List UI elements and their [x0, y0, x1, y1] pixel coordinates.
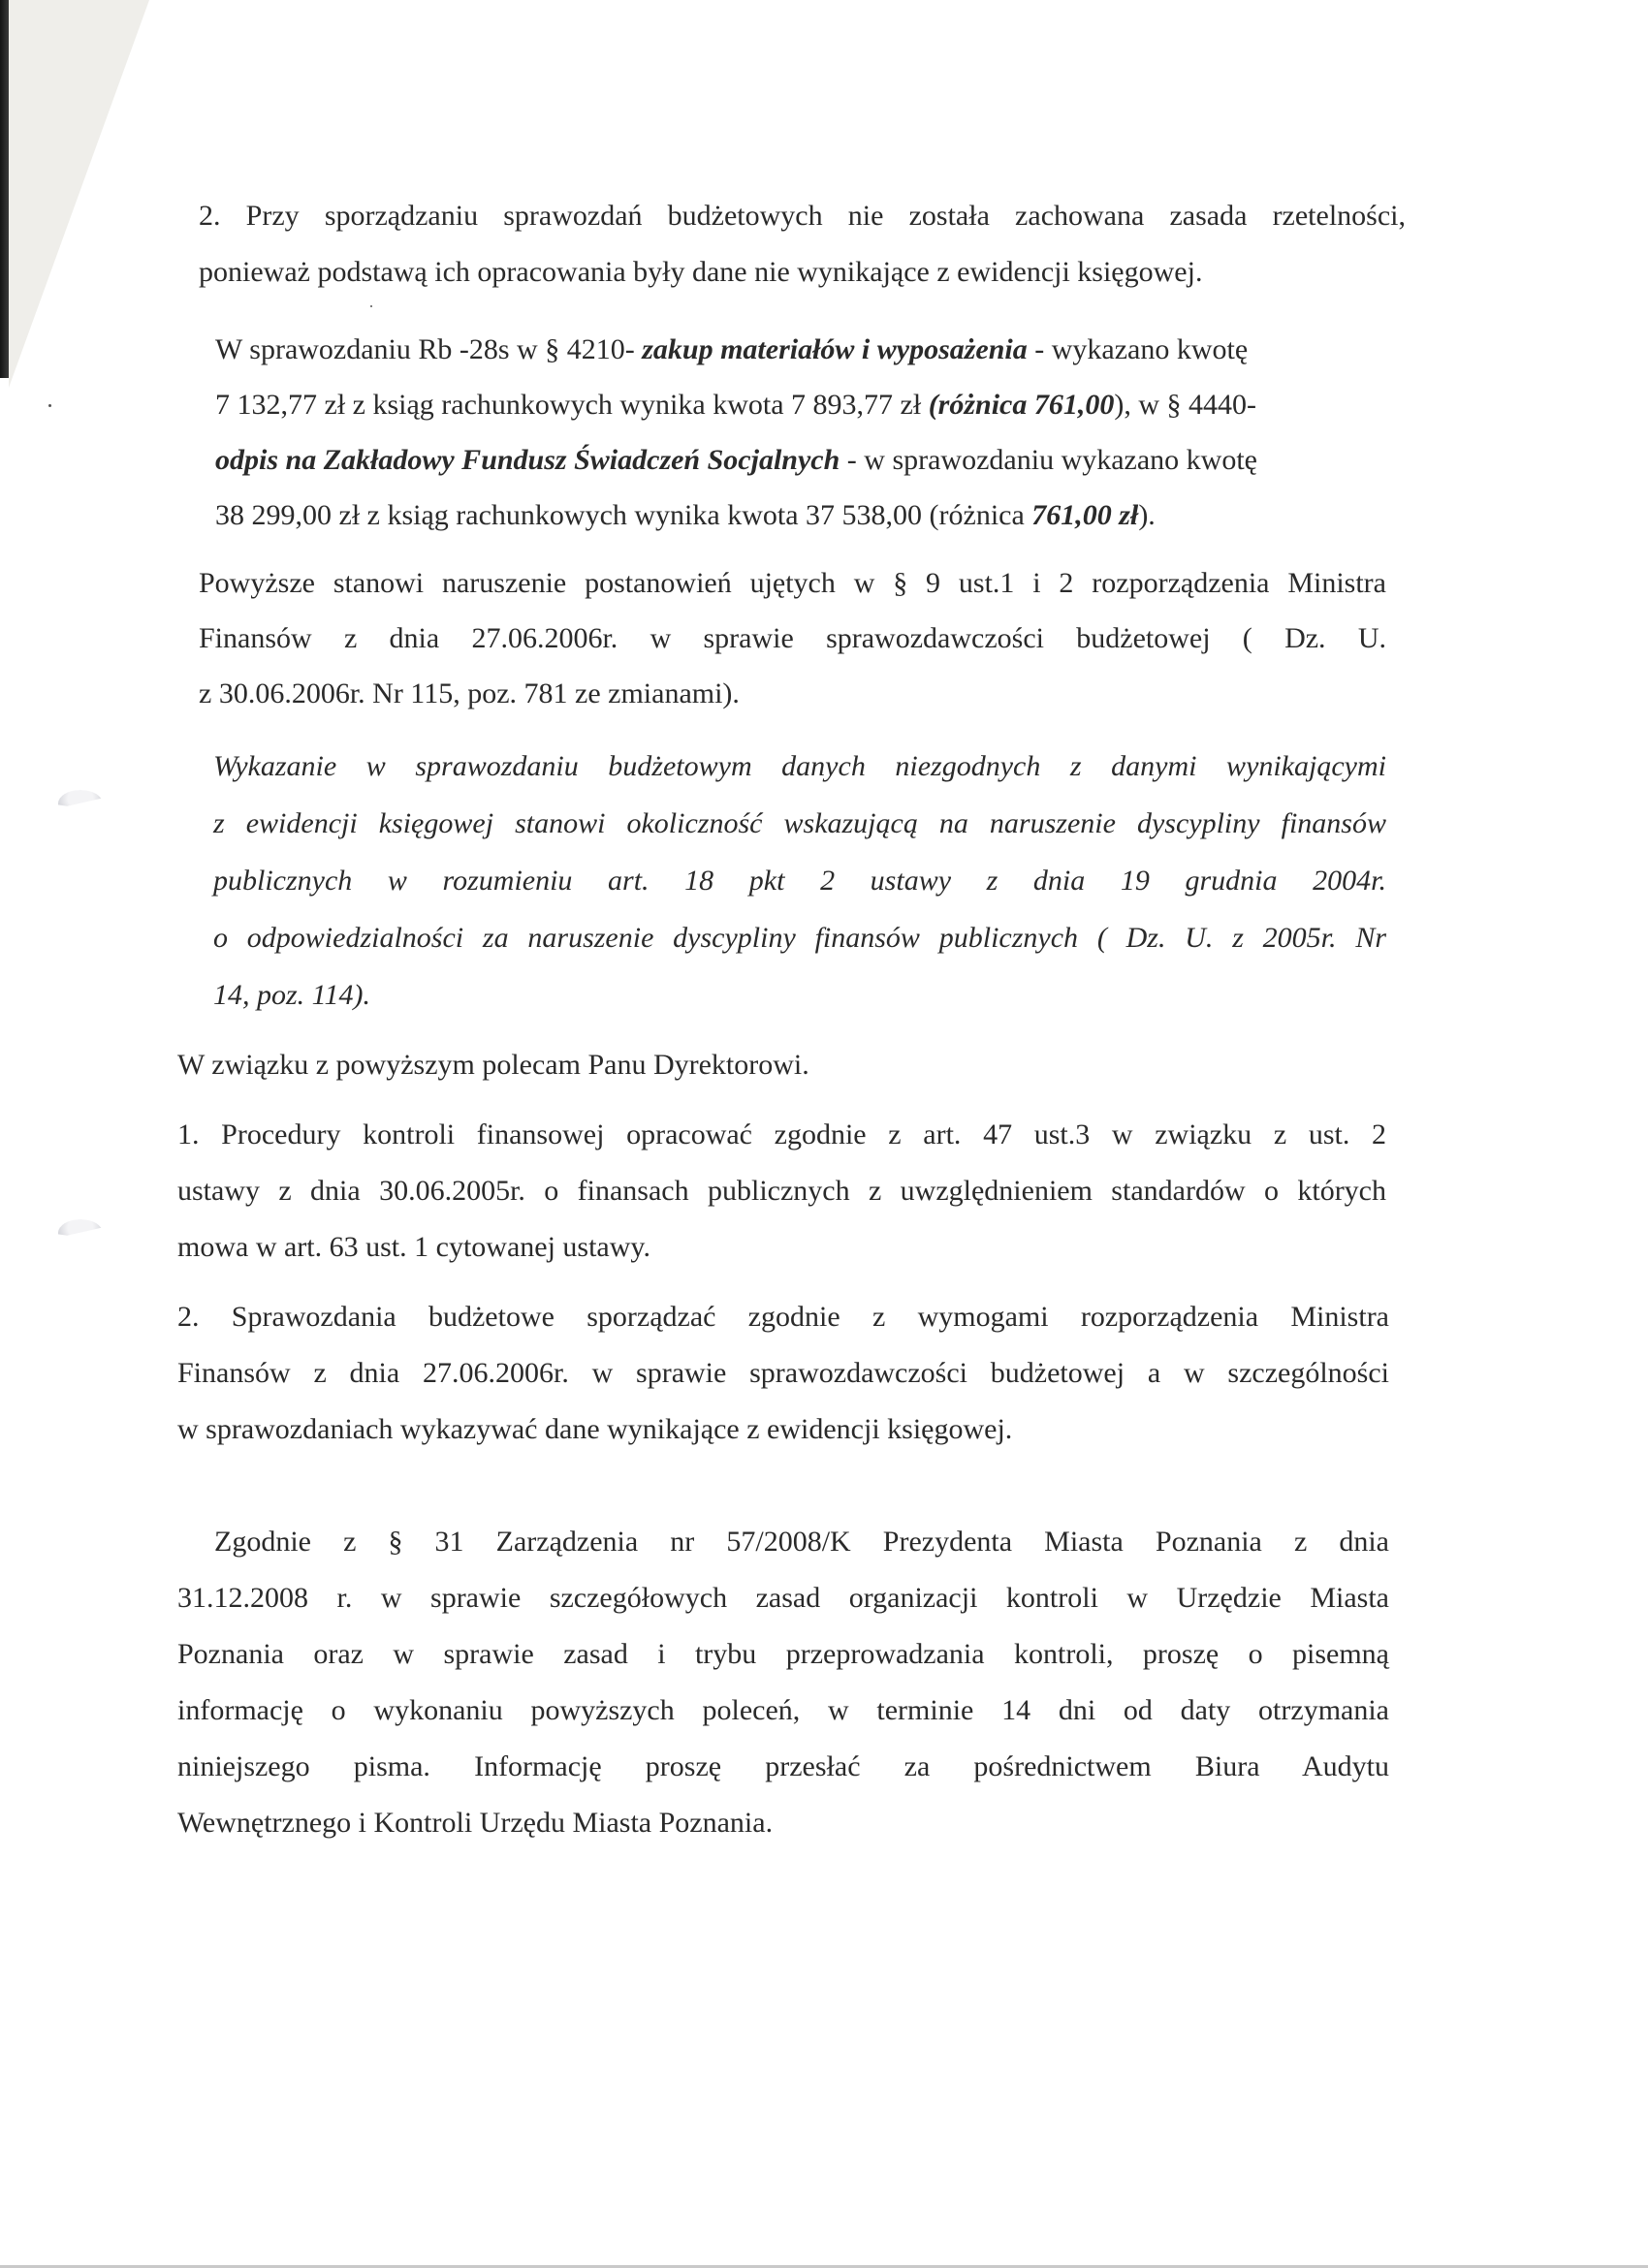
finding-text: - w sprawozdaniu wykazano kwotę [840, 444, 1257, 476]
section-2-line-2: ponieważ podstawą ich opracowania były d… [199, 255, 1202, 290]
document-page: 2. Przy sporządzaniu sprawozdań budżetow… [0, 0, 1648, 2268]
finding-line-4: 38 299,00 zł z ksiąg rachunkowych wynika… [215, 498, 1156, 533]
discipline-note-line-1: Wykazanie w sprawozdaniu budżetowym dany… [213, 749, 1386, 784]
violation-line-2: Finansów z dnia 27.06.2006r. w sprawie s… [199, 621, 1386, 656]
closing-line-4: informację o wykonaniu powyższych polece… [177, 1693, 1389, 1728]
recommendation-2-line-3: w sprawozdaniach wykazywać dane wynikają… [177, 1412, 1012, 1447]
closing-line-2: 31.12.2008 r. w sprawie szczegółowych za… [177, 1581, 1389, 1616]
finding-text: W sprawozdaniu Rb -28s w § 4210- [215, 333, 642, 365]
finding-text: - wykazano kwotę [1028, 333, 1248, 365]
finding-category-4210: zakup materiałów i wyposażenia [642, 333, 1028, 365]
violation-line-1: Powyższe stanowi naruszenie postanowień … [199, 566, 1386, 601]
recommendation-2-line-2: Finansów z dnia 27.06.2006r. w sprawie s… [177, 1356, 1389, 1391]
closing-line-1: Zgodnie z § 31 Zarządzenia nr 57/2008/K … [214, 1525, 1389, 1559]
finding-line-1: W sprawozdaniu Rb -28s w § 4210- zakup m… [215, 332, 1248, 367]
difference-amount: 761,00 zł [1031, 499, 1138, 531]
finding-text: 7 132,77 zł z ksiąg rachunkowych wynika … [215, 389, 929, 421]
closing-line-3: Poznania oraz w sprawie zasad i trybu pr… [177, 1637, 1389, 1672]
recommendations-intro: W związku z powyższym polecam Panu Dyrek… [177, 1048, 809, 1083]
finding-line-2: 7 132,77 zł z ksiąg rachunkowych wynika … [215, 388, 1256, 423]
finding-text: ), w § 4440- [1114, 389, 1256, 421]
finding-line-3: odpis na Zakładowy Fundusz Świadczeń Soc… [215, 443, 1257, 478]
recommendation-1-line-3: mowa w art. 63 ust. 1 cytowanej ustawy. [177, 1230, 650, 1265]
finding-category-4440: odpis na Zakładowy Fundusz Świadczeń Soc… [215, 444, 840, 476]
recommendation-1-line-1: 1. Procedury kontroli finansowej opracow… [177, 1118, 1386, 1152]
difference-amount: (różnica 761,00 [929, 389, 1115, 421]
recommendation-1-line-2: ustawy z dnia 30.06.2005r. o finansach p… [177, 1174, 1386, 1209]
closing-line-6: Wewnętrznego i Kontroli Urzędu Miasta Po… [177, 1806, 773, 1841]
finding-text: ). [1138, 499, 1156, 531]
closing-line-5: niniejszego pisma. Informację proszę prz… [177, 1749, 1389, 1784]
discipline-note-line-2: z ewidencji księgowej stanowi okolicznoś… [213, 806, 1386, 841]
violation-line-3: z 30.06.2006r. Nr 115, poz. 781 ze zmian… [199, 677, 740, 711]
section-2-line-1: 2. Przy sporządzaniu sprawozdań budżetow… [199, 199, 1406, 234]
recommendation-2-line-1: 2. Sprawozdania budżetowe sporządzać zgo… [177, 1300, 1389, 1335]
discipline-note-line-5: 14, poz. 114). [213, 978, 370, 1013]
discipline-note-line-3: publicznych w rozumieniu art. 18 pkt 2 u… [213, 864, 1386, 898]
discipline-note-line-4: o odpowiedzialności za naruszenie dyscyp… [213, 921, 1386, 956]
finding-text: 38 299,00 zł z ksiąg rachunkowych wynika… [215, 499, 1031, 531]
